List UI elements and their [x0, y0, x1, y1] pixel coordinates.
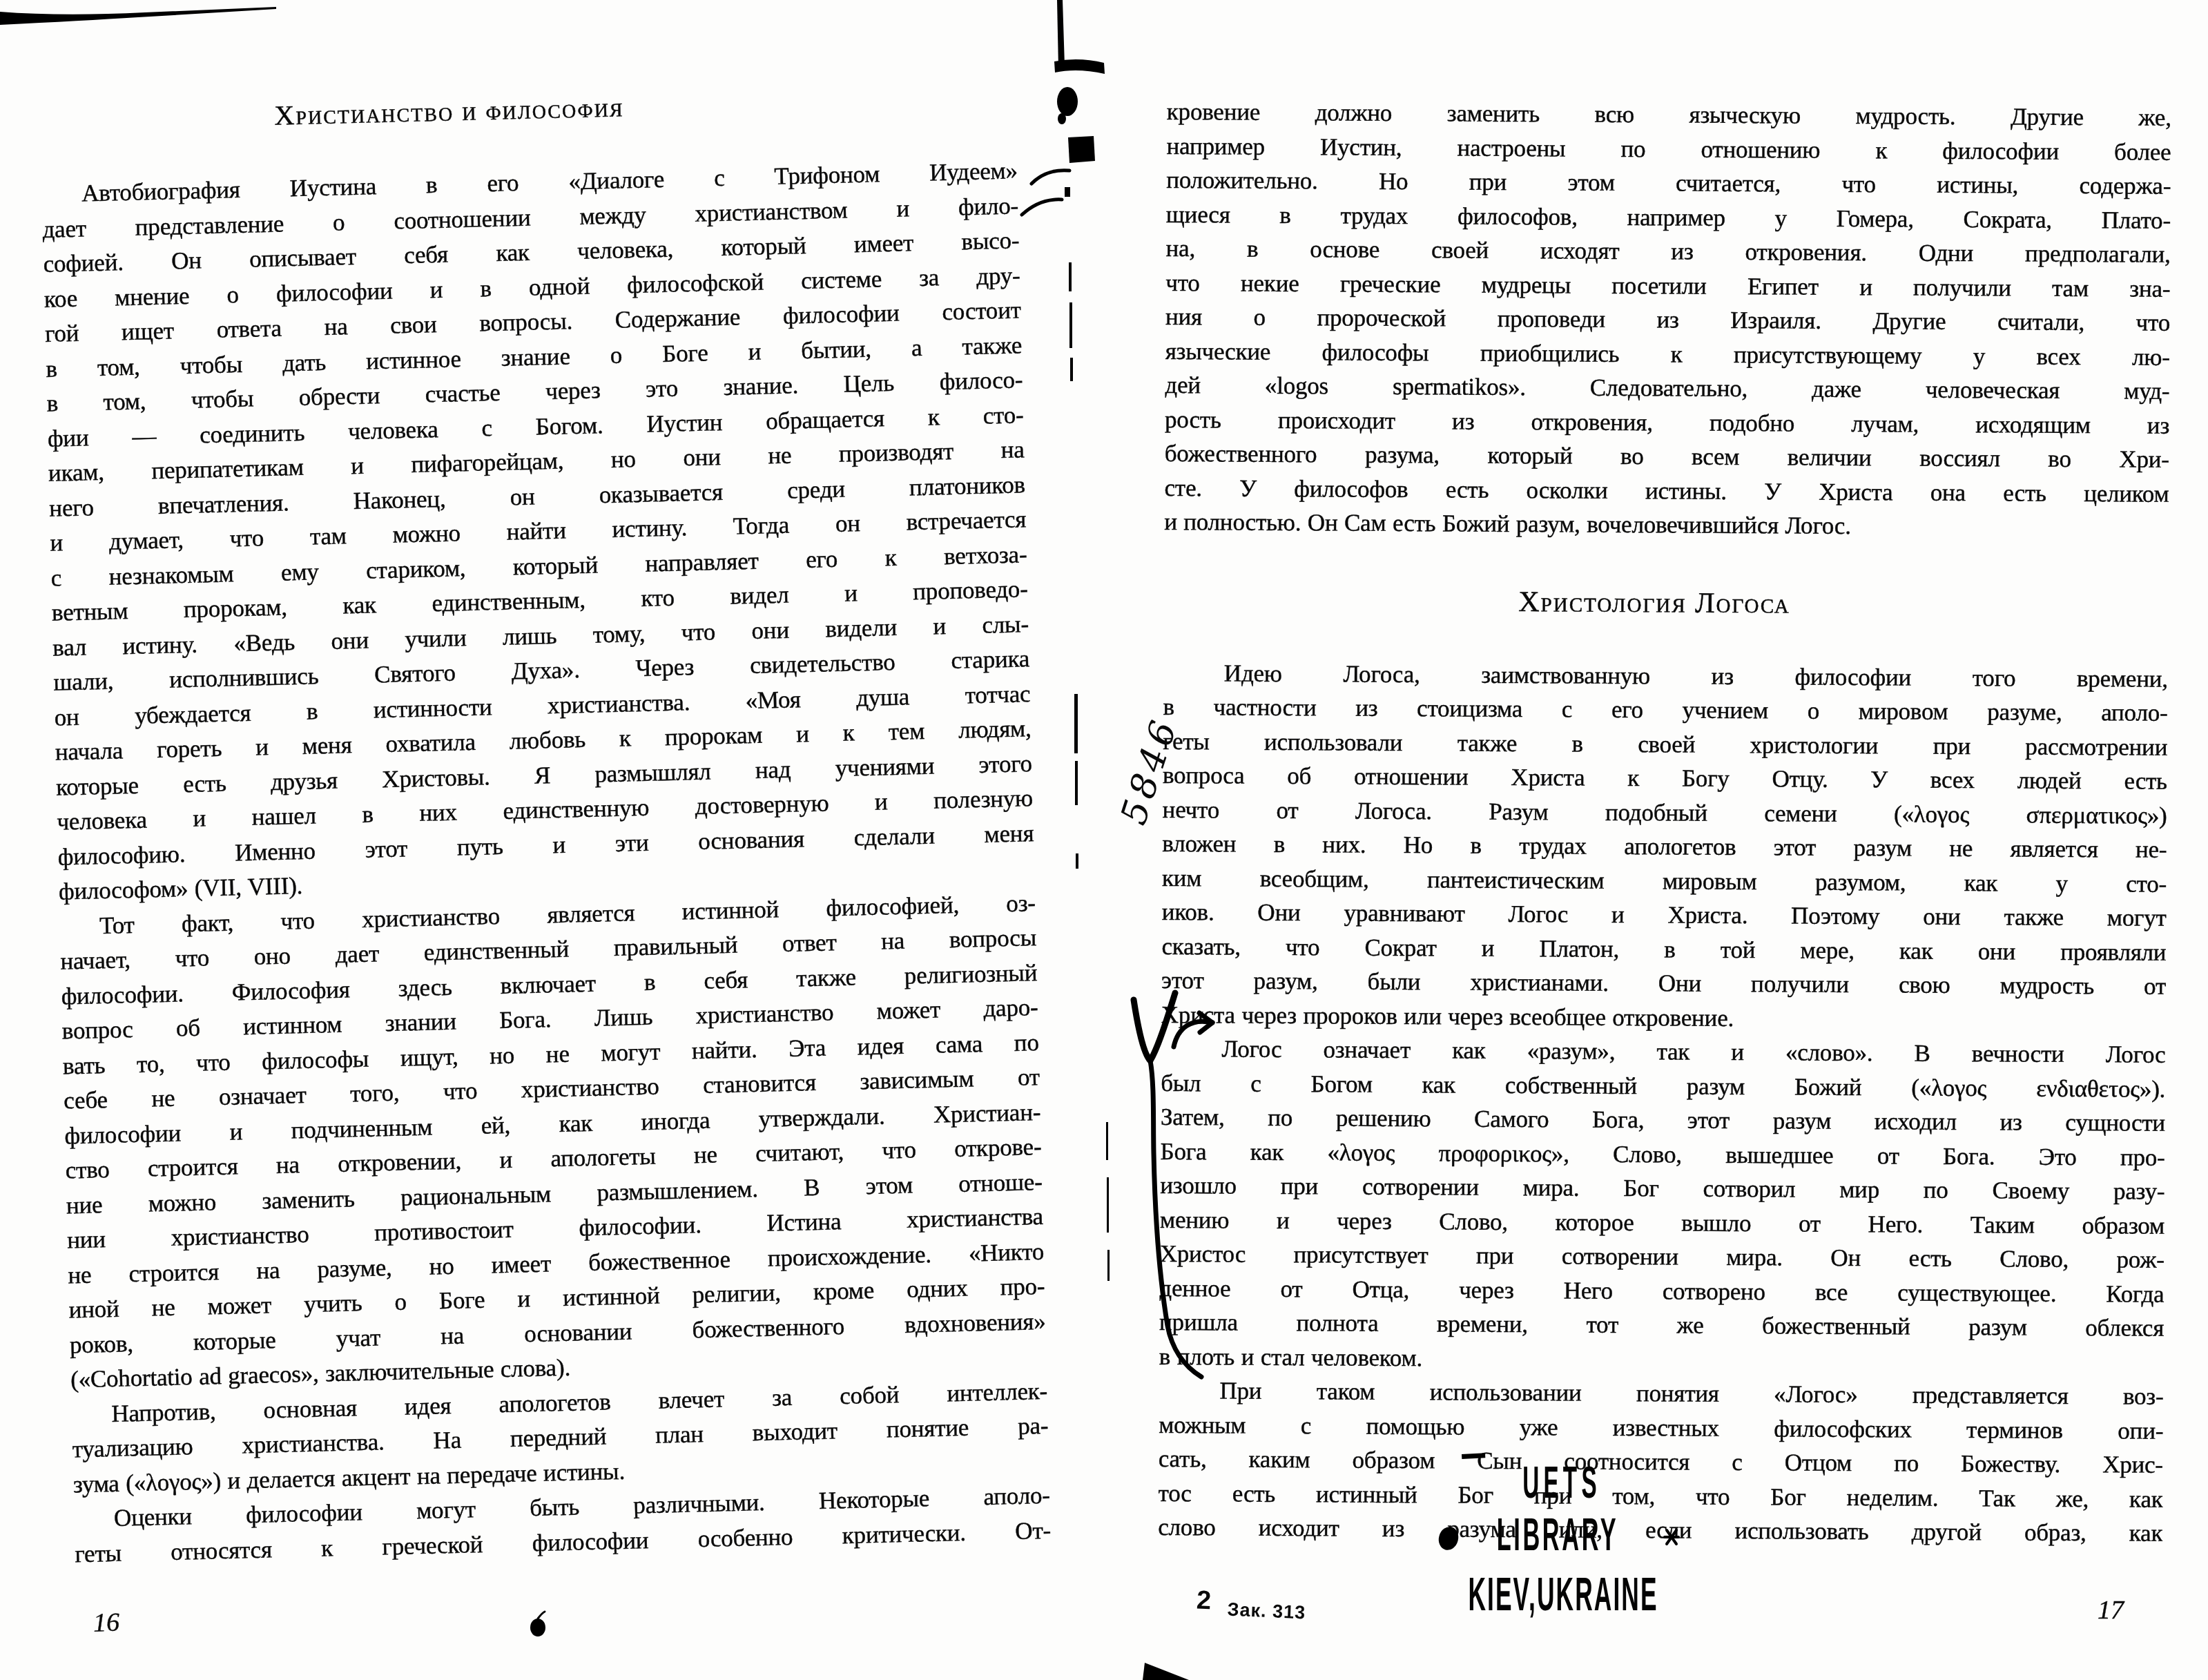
paragraph: Идею Логоса, заимствованную из философии… — [1161, 655, 2168, 1037]
right-page-body-top: кровение должно заменить всю языческую м… — [1164, 95, 2171, 545]
text-line: что некие греческие мудрецы посетили Еги… — [1165, 265, 2170, 305]
chapter-heading: Христианство и философия — [39, 79, 1016, 139]
library-stamp-line1: UETS — [1486, 1457, 1638, 1508]
gutter-tick — [1065, 187, 1070, 197]
page-left: Христианство и философия Автобиография И… — [39, 79, 1052, 1572]
gutter-bracket-vertical — [1057, 0, 1065, 68]
book-scan: Христианство и философия Автобиография И… — [0, 0, 2208, 1680]
paragraph: Тот факт, что христианство является исти… — [59, 886, 1047, 1398]
text-line: сать, каким образом Сын соотносится с От… — [1159, 1442, 2163, 1482]
signature-number: 2 — [1196, 1586, 1212, 1616]
text-line: сте. У философов есть осколки истины. У … — [1164, 470, 2169, 510]
library-stamp-line2: LIBRARY — [1440, 1508, 1675, 1561]
text-line: кровение должно заменить всю языческую м… — [1167, 95, 2171, 135]
gutter-dash — [1076, 853, 1078, 869]
gutter-bracket-horizontal — [1054, 59, 1105, 74]
text-line: пришла полнота времени, тот же божествен… — [1159, 1305, 2164, 1345]
gutter-square-blob — [1068, 136, 1095, 163]
pen-slash-line1 — [1032, 171, 1069, 184]
text-line: ким всеобщим, пантеистическим мировым ра… — [1162, 860, 2167, 900]
text-line: на, в основе своей исходят из откровения… — [1165, 231, 2170, 271]
text-line: денное от Отца, через Него сотворено все… — [1159, 1271, 2164, 1311]
ink-dot-tail — [538, 1612, 545, 1619]
library-stamp-line3: KIEV,UKRAINE — [1380, 1567, 1745, 1621]
text-line: был с Богом как собственный разум Божий … — [1161, 1065, 2165, 1105]
text-line: вложен в них. Но в трудах апологетов это… — [1162, 827, 2167, 867]
signature-order: Зак. 313 — [1227, 1599, 1306, 1623]
text-line: Бога как «λογος προφορικος», Слово, выше… — [1161, 1134, 2165, 1174]
text-line: геты использовали также в своей христоло… — [1163, 724, 2167, 764]
gutter-dash — [1107, 1177, 1109, 1233]
text-line: мению и через Слово, которое вышло от Не… — [1160, 1202, 2165, 1242]
text-line: рость происходит из откровения, подобно … — [1165, 402, 2169, 442]
text-line: вопроса об отношении Христа к Богу Отцу.… — [1163, 758, 2167, 798]
gutter-dash — [1106, 1122, 1108, 1160]
paragraph: Логос означает как «разум», так и «слово… — [1159, 1032, 2166, 1380]
right-page-body-bottom: Идею Логоса, заимствованную из философии… — [1158, 655, 2168, 1550]
gutter-dash — [1074, 694, 1078, 753]
bottom-gutter-wedge — [1143, 1663, 1189, 1680]
paragraph: кровение должно заменить всю языческую м… — [1164, 95, 2171, 545]
page-right: кровение должно заменить всю языческую м… — [1158, 95, 2171, 1550]
page-number-left: 16 — [93, 1607, 120, 1638]
print-signature: 2Зак. 313 — [1196, 1586, 1306, 1621]
gutter-dash — [1075, 761, 1078, 805]
gutter-blob — [1057, 87, 1078, 116]
text-line: Христа через пророков или через всеобщее… — [1161, 997, 2166, 1037]
text-line: положительно. Но при этом считается, что… — [1166, 163, 2171, 203]
text-line: языческие философы приобщились к присутс… — [1165, 334, 2170, 374]
paragraph: Автобиография Иустина в его «Диалоге с Т… — [41, 153, 1035, 909]
text-line: Затем, по решению Самого Бога, этот разу… — [1161, 1100, 2165, 1140]
gutter-dash — [1107, 1250, 1110, 1281]
text-line: Христос присутствует при сотворении мира… — [1160, 1237, 2165, 1277]
text-line: Логос означает как «разум», так и «слово… — [1161, 1032, 2165, 1072]
text-line: щиеся в трудах философов, например у Гом… — [1166, 197, 2171, 237]
gutter-blob-small — [1058, 113, 1066, 124]
gutter-dash — [1069, 302, 1072, 348]
page-number-right: 17 — [2098, 1595, 2124, 1625]
gutter-dash — [1070, 358, 1073, 381]
text-line: можным с помощью уже известных философск… — [1159, 1407, 2163, 1447]
text-line: ния о пророческой проповеди из Израиля. … — [1165, 300, 2170, 340]
section-heading: Христология Логоса — [1163, 583, 2168, 622]
text-line: и полностью. Он Сам есть Божий разум, во… — [1164, 505, 2169, 545]
top-edge-streak — [0, 7, 276, 25]
left-page-body: Автобиография Иустина в его «Диалоге с Т… — [41, 153, 1052, 1572]
ink-dot-left-page — [530, 1619, 545, 1636]
text-line: в плоть и стал человеком. — [1159, 1339, 2164, 1379]
gutter-dash — [1069, 262, 1072, 291]
text-line: дей «logos spermatikos». Следовательно, … — [1165, 368, 2169, 408]
pen-slash-line2 — [1022, 200, 1062, 215]
text-line: этот разум, были христианами. Они получи… — [1161, 963, 2166, 1003]
text-line: иков. Они уравнивают Логос и Христа. Поэ… — [1162, 895, 2167, 935]
text-line: Идею Логоса, заимствованную из философии… — [1163, 655, 2168, 695]
text-line: например Иустин, настроены по отношению … — [1166, 128, 2171, 168]
text-line: в частности из стоицизма с его учением о… — [1163, 690, 2167, 730]
text-line: нечто от Логоса. Разум подобный семени (… — [1163, 792, 2167, 832]
text-line: сказать, что Сократ и Платон, в той мере… — [1161, 929, 2166, 969]
text-line: При таком использовании понятия «Логос» … — [1159, 1373, 2163, 1413]
text-line: божественного разума, который во всем ве… — [1165, 436, 2169, 476]
text-line: изошло при сотворении мира. Бог сотворил… — [1160, 1168, 2165, 1208]
